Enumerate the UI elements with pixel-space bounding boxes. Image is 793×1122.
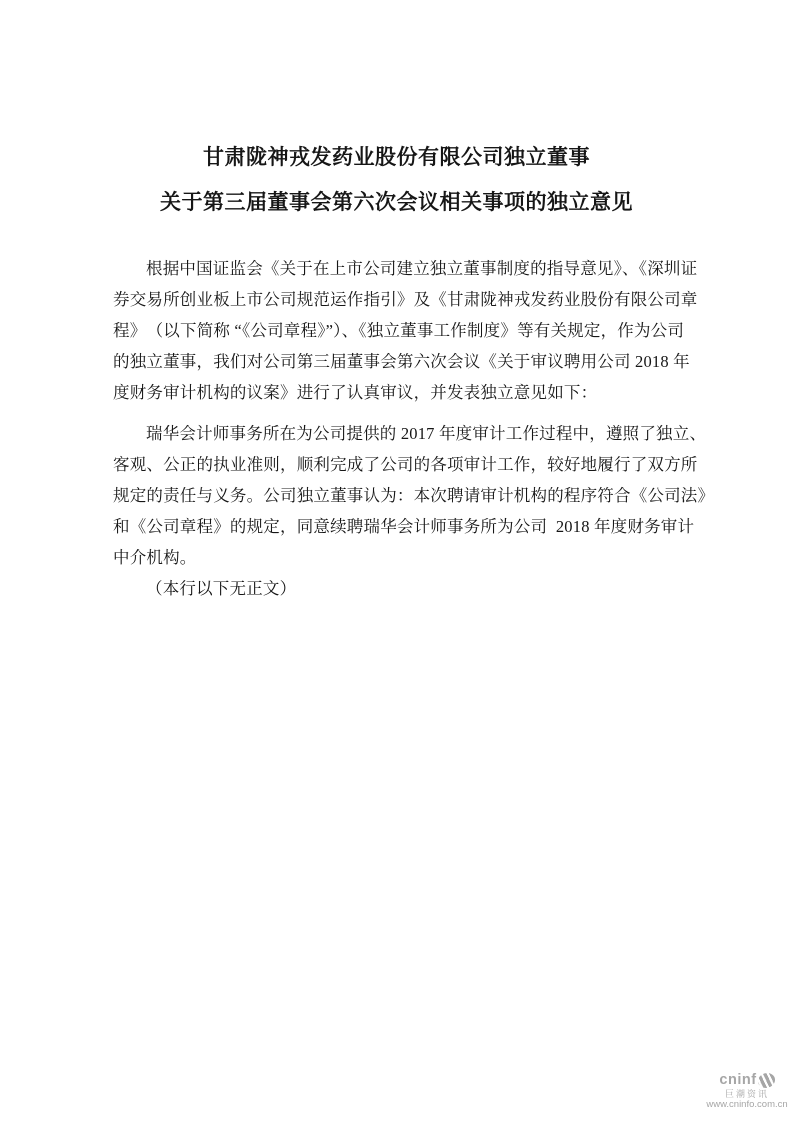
paragraph-1-line-3: 程》 （以下简称 “《公司章程》”）、《独立董事工作制度》等有关规定，作为公司: [113, 315, 683, 346]
paragraph-1-line-1: 根据中国证监会《关于在上市公司建立独立董事制度的指导意见》、《深圳证: [113, 253, 683, 284]
paragraph-2-line-5: 中介机构。: [113, 542, 683, 573]
paragraph-2: 瑞华会计师事务所在为公司提供的 2017 年度审计工作过程中，遵照了独立、 客观…: [113, 418, 683, 573]
cninfo-brand-row: cninf: [704, 1072, 790, 1089]
cninfo-chinese-label: 巨潮资讯: [704, 1089, 790, 1099]
document-page: 甘肃陇神戎发药业股份有限公司独立董事 关于第三届董事会第六次会议相关事项的独立意…: [0, 0, 793, 1122]
paragraph-1-line-4: 的独立董事，我们对公司第三届董事会第六次会议《关于审议聘用公司 2018 年: [113, 346, 683, 377]
paragraph-2-line-2: 客观、公正的执业准则，顺利完成了公司的各项审计工作，较好地履行了双方所: [113, 449, 683, 480]
paragraph-2-line-4: 和《公司章程》的规定，同意续聘瑞华会计师事务所为公司 2018 年度财务审计: [113, 511, 683, 542]
doc-title-line-2: 关于第三届董事会第六次会议相关事项的独立意见: [0, 180, 793, 225]
paragraph-1-line-5: 度财务审计机构的议案》进行了认真审议，并发表独立意见如下：: [113, 377, 683, 408]
doc-title-line-1: 甘肃陇神戎发药业股份有限公司独立董事: [0, 135, 793, 180]
cninfo-watermark: cninf 巨潮资讯 www.cninfo.com.cn: [704, 1072, 790, 1111]
paragraph-1-line-2: 券交易所创业板上市公司规范运作指引》及《甘肃陇神戎发药业股份有限公司章: [113, 284, 683, 315]
cninfo-url: www.cninfo.com.cn: [704, 1100, 790, 1111]
paragraph-3: （本行以下无正文）: [113, 573, 683, 604]
cninfo-brand-text: cninf: [719, 1072, 756, 1089]
doc-body: 根据中国证监会《关于在上市公司建立独立董事制度的指导意见》、《深圳证 券交易所创…: [113, 253, 683, 604]
doc-title: 甘肃陇神戎发药业股份有限公司独立董事 关于第三届董事会第六次会议相关事项的独立意…: [0, 135, 793, 225]
paragraph-2-line-1: 瑞华会计师事务所在为公司提供的 2017 年度审计工作过程中，遵照了独立、: [113, 418, 683, 449]
cninfo-swirl-icon: [757, 1073, 776, 1088]
paragraph-3-line-1: （本行以下无正文）: [113, 573, 683, 604]
paragraph-1: 根据中国证监会《关于在上市公司建立独立董事制度的指导意见》、《深圳证 券交易所创…: [113, 253, 683, 408]
paragraph-2-line-3: 规定的责任与义务。公司独立董事认为：本次聘请审计机构的程序符合《公司法》: [113, 480, 683, 511]
